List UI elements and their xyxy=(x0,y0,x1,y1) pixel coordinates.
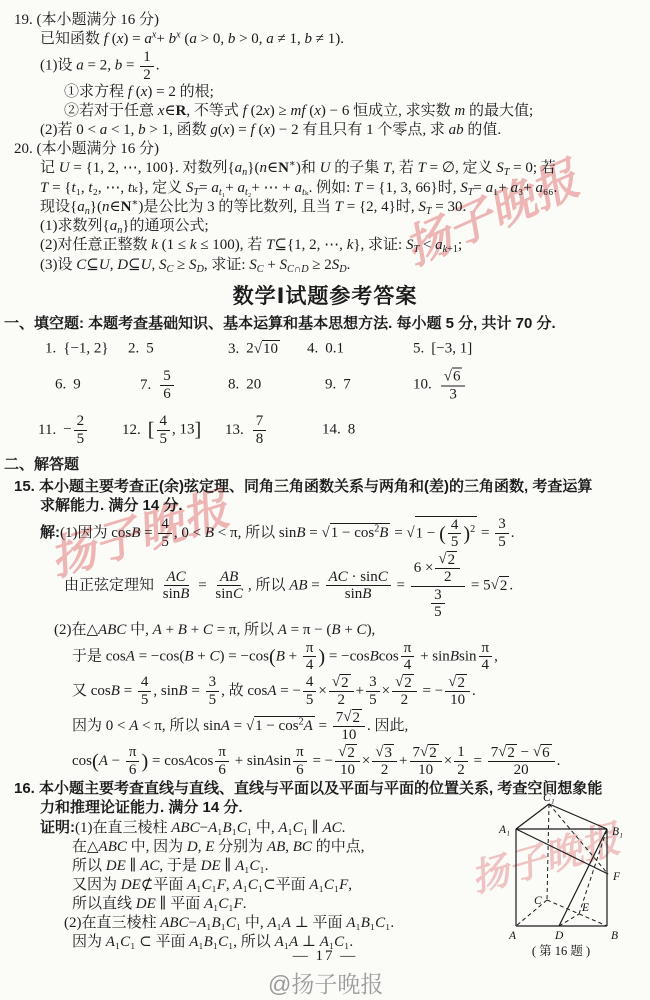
answer-row-3: 11.−2512.[45, 13]13.7814.8 xyxy=(0,407,650,453)
fig-label-b1: B₁ xyxy=(612,826,623,838)
section-solve-heading: 二、解答题 xyxy=(0,455,650,475)
answer-item: 1.{−1, 2} xyxy=(45,341,109,358)
answer-item: 5.[−3, 1] xyxy=(413,341,472,358)
answer-number: 1. xyxy=(45,341,56,357)
prism-dashed-edges xyxy=(516,804,608,926)
text-line: 已知函数 f (x) = ax+ bx (a > 0, b > 0, a ≠ 1… xyxy=(0,30,650,49)
answer-item: 10.√63 xyxy=(413,368,467,403)
answer-number: 12. xyxy=(122,422,141,438)
answer-number: 14. xyxy=(322,422,341,438)
answer-item: 6.9 xyxy=(55,377,81,394)
answer-item: 7.56 xyxy=(140,368,176,402)
answer-number: 6. xyxy=(55,377,66,393)
text-line: 19. (本小题满分 16 分) xyxy=(0,11,650,30)
answer-item: 3.2√10 xyxy=(228,340,280,358)
fig-label-f: F xyxy=(612,871,621,883)
text-line: 由正弦定理知 ACsinB = ABsinC, 所以 AB = AC · sin… xyxy=(0,551,650,621)
figure-caption: ( 第 16 题 ) xyxy=(532,944,590,958)
fig-label-e: E xyxy=(581,902,589,914)
bold-prefix: 证明: xyxy=(40,819,75,836)
answer-item: 2.5 xyxy=(128,341,154,358)
text-line: 解:(1)因为 cosB = 45, 0 < B < π, 所以 sinB = … xyxy=(0,516,650,551)
text-line: 记 U = {1, 2, ⋯, 100}. 对数列{an}(n∈N∗)和 U 的… xyxy=(0,159,650,178)
prism-figure: C₁ A₁ B₁ F C E A D B ( 第 16 题 ) xyxy=(486,792,650,974)
fig-label-d: D xyxy=(554,930,564,942)
problem-15-heading-line2: 求解能力. 满分 14 分. xyxy=(0,496,650,516)
text-line: (3)设 C⊆U, D⊆U, SC ≥ SD, 求证: SC + SC∩D ≥ … xyxy=(0,256,650,275)
answer-item: 11.−25 xyxy=(38,413,89,447)
answer-number: 4. xyxy=(307,341,318,357)
section-fill-in-heading: 一、填空题: 本题考查基础知识、基本运算和基本思想方法. 每小题 5 分, 共计… xyxy=(0,314,650,334)
bold-prefix: 解: xyxy=(40,524,60,541)
text-line: cos(A − π6) = cosAcosπ6 + sinAsinπ6 = −√… xyxy=(0,744,650,779)
fig-label-a: A xyxy=(508,930,517,942)
fig-label-a1: A₁ xyxy=(498,824,510,836)
answer-number: 10. xyxy=(413,377,432,393)
fill-in-answers: 1.{−1, 2}2.53.2√104.0.15.[−3, 1] 6.97.56… xyxy=(0,335,650,453)
text-line: 于是 cosA = −cos(B + C) = −cos(B + π4) = −… xyxy=(0,640,650,674)
text-line: 因为 0 < A < π, 所以 sinA = √1 − cos2A = 7√2… xyxy=(0,709,650,744)
fig-label-c1: C₁ xyxy=(543,792,555,804)
problem-15-solution: 15. 本小题主要考查正(余)弦定理、同角三角函数关系与两角和(差)的三角函数,… xyxy=(0,477,650,779)
answer-item: 4.0.1 xyxy=(307,341,344,358)
answer-number: 8. xyxy=(228,377,239,393)
answer-item: 9.7 xyxy=(325,377,351,394)
exam-page: 扬子晚报 扬子晚报 扬子晚报 19. (本小题满分 16 分)已知函数 f (x… xyxy=(0,0,650,1000)
answer-number: 7. xyxy=(140,377,151,393)
prism-solid-edges xyxy=(516,804,608,926)
answer-number: 5. xyxy=(413,341,424,357)
problem-19: 19. (本小题满分 16 分)已知函数 f (x) = ax+ bx (a >… xyxy=(0,11,650,140)
answers-title: 数学Ⅰ试题参考答案 xyxy=(0,280,650,310)
answer-item: 8.20 xyxy=(228,377,261,394)
text-line: 20. (本小题满分 16 分) xyxy=(0,140,650,159)
answer-number: 9. xyxy=(325,377,336,393)
text-line: 现设{an}(n∈N∗)是公比为 3 的等比数列, 且当 T = {2, 4}时… xyxy=(0,198,650,217)
text-line: (2)对任意正整数 k (1 ≤ k ≤ 100), 若 T⊆{1, 2, ⋯,… xyxy=(0,236,650,255)
text-line: ②若对于任意 x∈R, 不等式 f (2x) ≥ mf (x) − 6 恒成立,… xyxy=(0,102,650,121)
text-line: ①求方程 f (x) = 2 的根; xyxy=(0,83,650,102)
answer-row-1: 1.{−1, 2}2.53.2√104.0.15.[−3, 1] xyxy=(0,335,650,363)
text-line: (1)求数列{an}的通项公式; xyxy=(0,217,650,236)
problem-20: 20. (本小题满分 16 分)记 U = {1, 2, ⋯, 100}. 对数… xyxy=(0,140,650,275)
credit-watermark: @扬子晚报 xyxy=(268,966,383,999)
answer-number: 13. xyxy=(225,422,244,438)
fig-label-b: B xyxy=(611,930,618,942)
answer-item: 14.8 xyxy=(322,422,355,439)
problem-15-heading-line1: 15. 本小题主要考查正(余)弦定理、同角三角函数关系与两角和(差)的三角函数,… xyxy=(0,477,650,497)
text-line: 又 cosB = 45, sinB = 35, 故 cosA = −45×√22… xyxy=(0,674,650,709)
answer-item: 12.[45, 13] xyxy=(122,413,201,447)
answer-row-2: 6.97.568.209.710.√63 xyxy=(0,363,650,407)
text-line: (2)在△ABC 中, A + B + C = π, 所以 A = π − (B… xyxy=(0,621,650,640)
fig-label-c: C xyxy=(534,895,542,907)
text-line: (1)设 a = 2, b = 12. xyxy=(0,49,650,83)
answer-number: 2. xyxy=(128,341,139,357)
answer-number: 11. xyxy=(38,422,56,438)
answer-number: 3. xyxy=(228,341,239,357)
answer-item: 13.78 xyxy=(225,413,268,447)
text-line: T = {t₁, t₂, ⋯, tₖ}, 定义 ST= at₁+ at₂+ ⋯ … xyxy=(0,179,650,198)
text-line: (2)若 0 < a < 1, b > 1, 函数 g(x) = f (x) −… xyxy=(0,121,650,140)
